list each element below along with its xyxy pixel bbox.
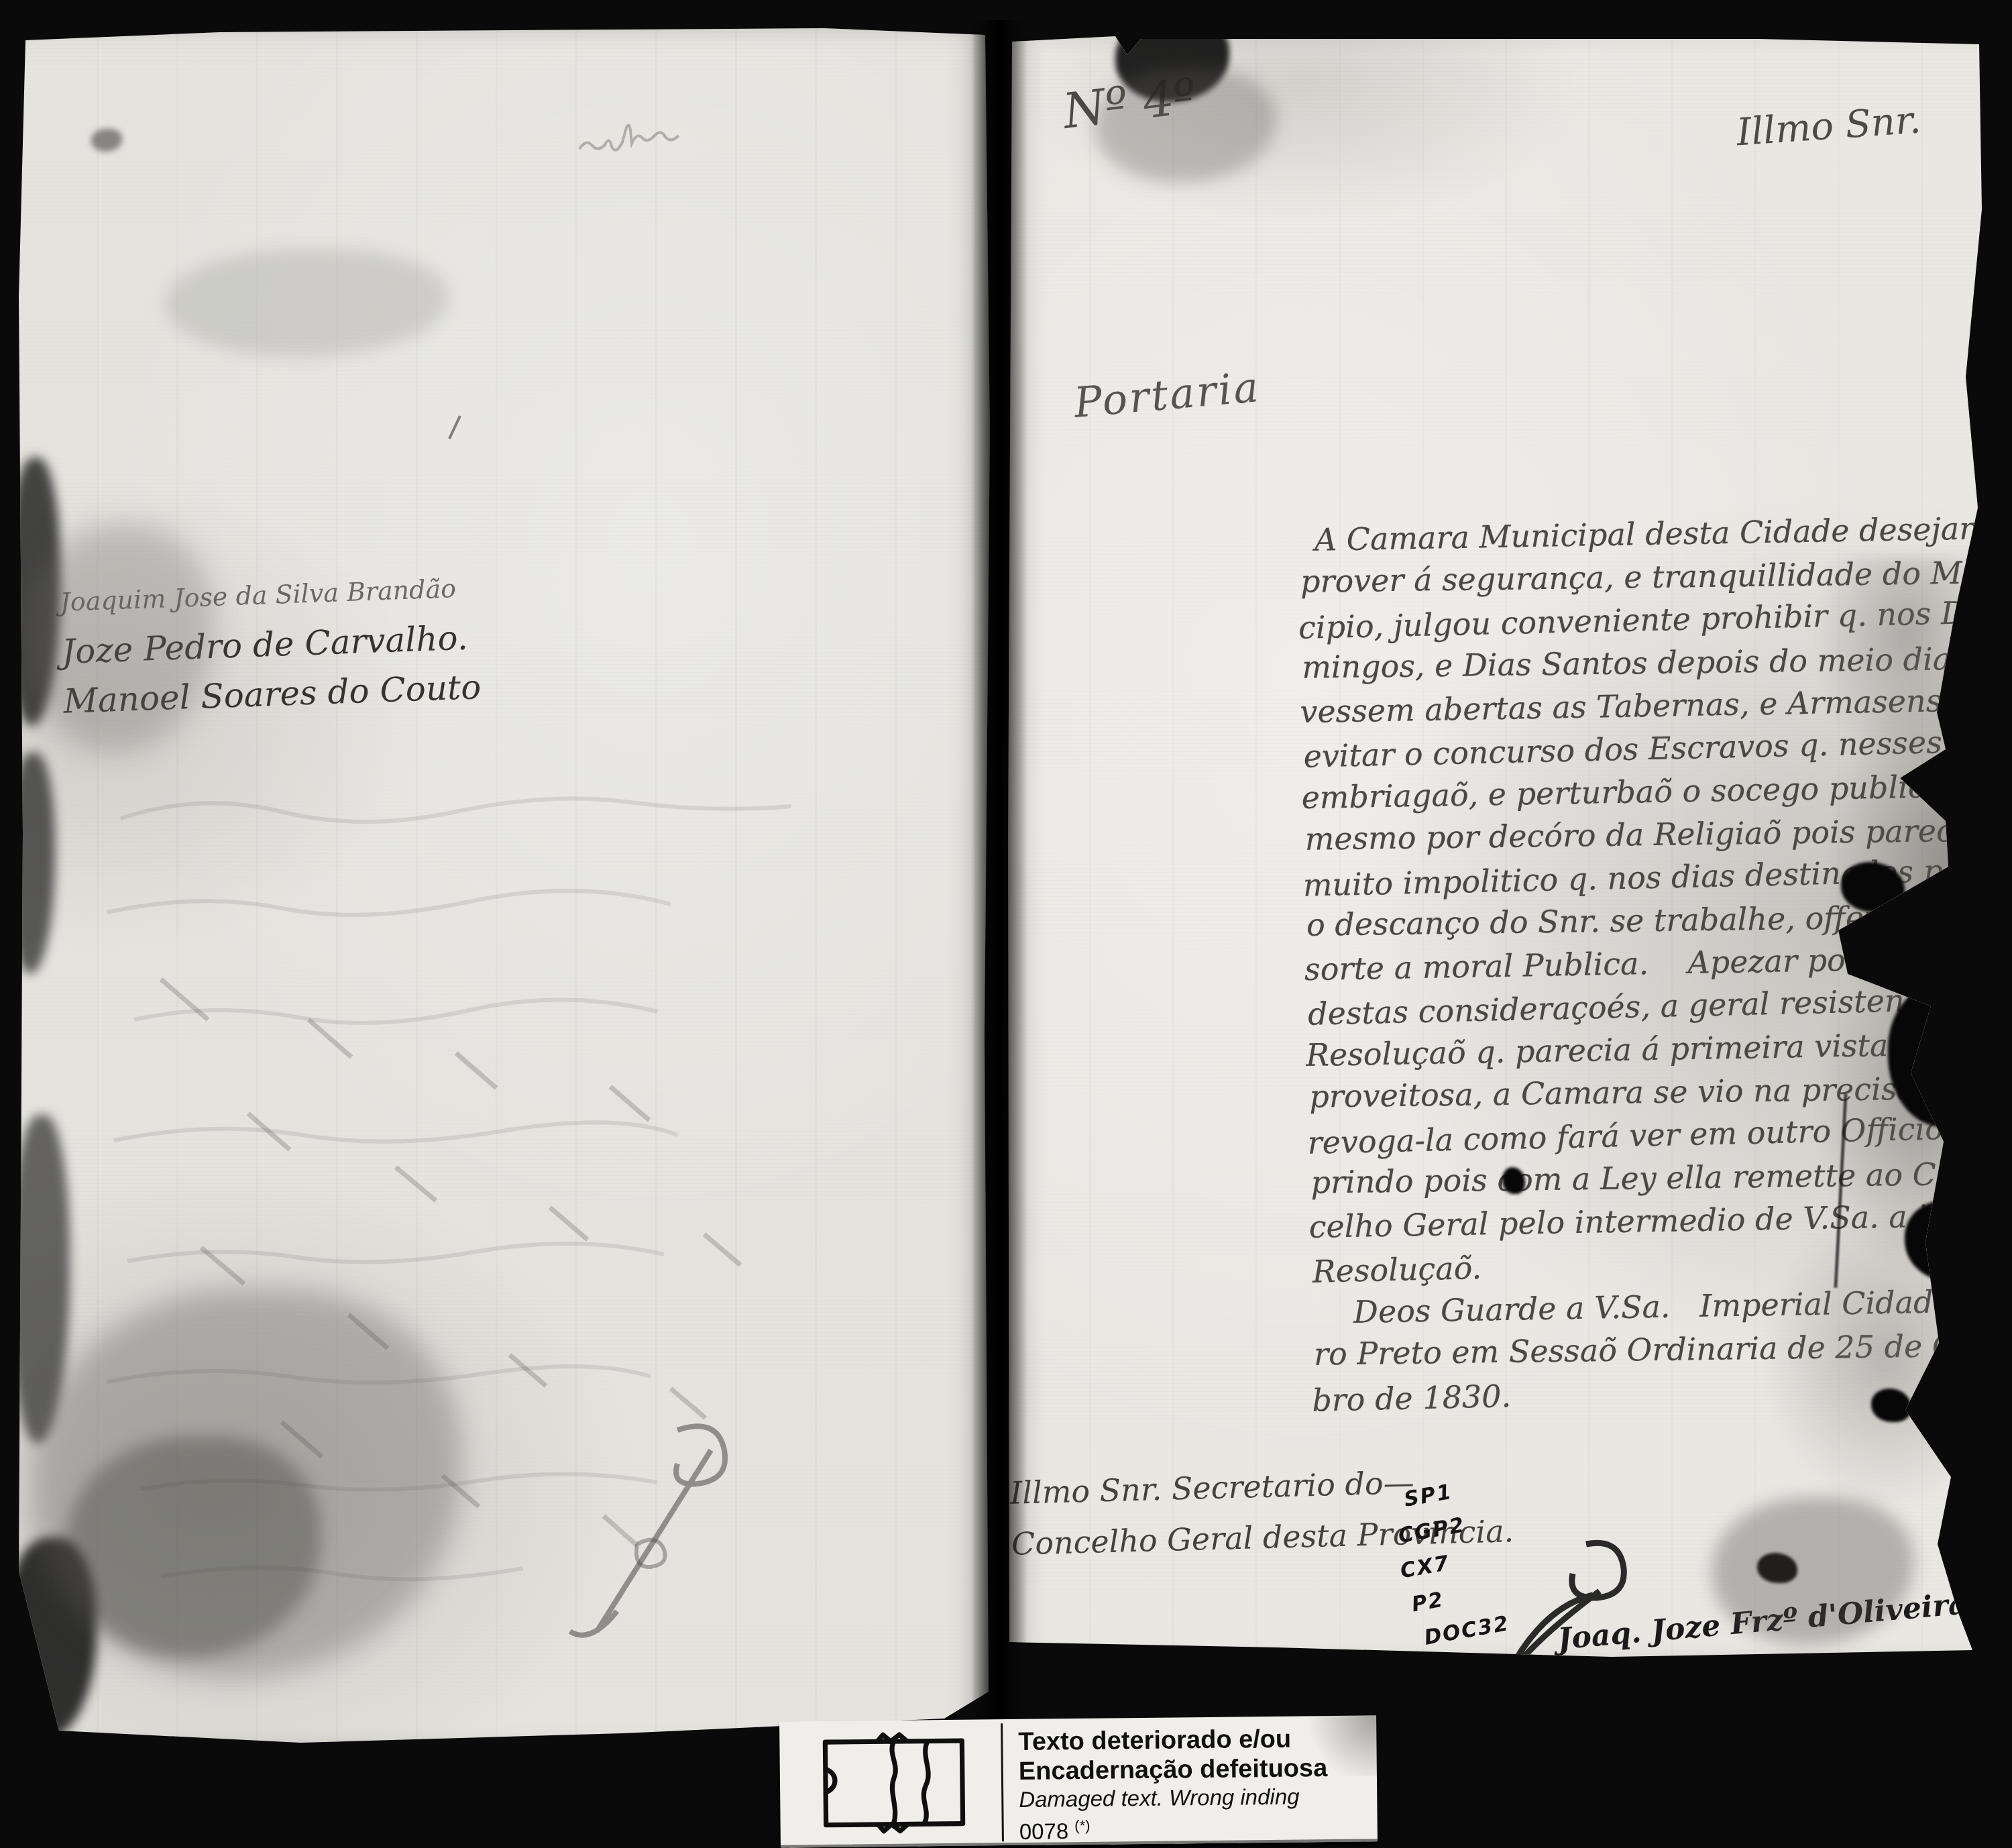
left-page-surface: Joaquim Jose da Silva Brandão Joze Pedro…	[19, 28, 990, 1747]
faint-scribble-annotation	[570, 107, 744, 174]
right-page: Nº 4º Illmo Snr. Portaria A Camara Munic…	[1008, 35, 1987, 1661]
edge-stain	[19, 753, 55, 974]
stray-pen-tick	[441, 411, 468, 444]
heading-portaria: Portaria	[1072, 362, 1262, 427]
label-number-note: (*)	[1074, 1817, 1090, 1834]
label-line-pt1: Texto deteriorado e/ou	[1018, 1724, 1327, 1757]
right-page-surface: Nº 4º Illmo Snr. Portaria A Camara Munic…	[1008, 35, 1987, 1661]
paper-hole	[1905, 1201, 1987, 1281]
water-damage-mottling	[1663, 557, 1987, 1509]
label-number: 0078	[1019, 1818, 1069, 1844]
label-number-line: 0078 (*)	[1019, 1810, 1328, 1845]
salutation-illmo-snr: Illmo Snr.	[1735, 98, 1922, 154]
book-gutter-shadow	[971, 20, 1027, 1757]
scanned-document-viewer: Joaquim Jose da Silva Brandão Joze Pedro…	[0, 0, 2012, 1848]
speck-stain	[91, 129, 122, 152]
damaged-book-icon	[799, 1729, 989, 1837]
label-line-en: Damaged text. Wrong inding	[1019, 1783, 1328, 1813]
smudge-stain	[166, 250, 448, 357]
top-smudge	[1095, 68, 1276, 182]
ink-flourish-bleedthrough	[537, 1410, 758, 1665]
label-text-block: Texto deteriorado e/ou Encadernação defe…	[1018, 1724, 1328, 1845]
label-line-pt2: Encadernação defeituosa	[1019, 1753, 1328, 1786]
damage-label-card: Texto deteriorado e/ou Encadernação defe…	[779, 1715, 1378, 1847]
left-page: Joaquim Jose da Silva Brandão Joze Pedro…	[19, 28, 990, 1747]
label-divider	[1001, 1723, 1004, 1841]
